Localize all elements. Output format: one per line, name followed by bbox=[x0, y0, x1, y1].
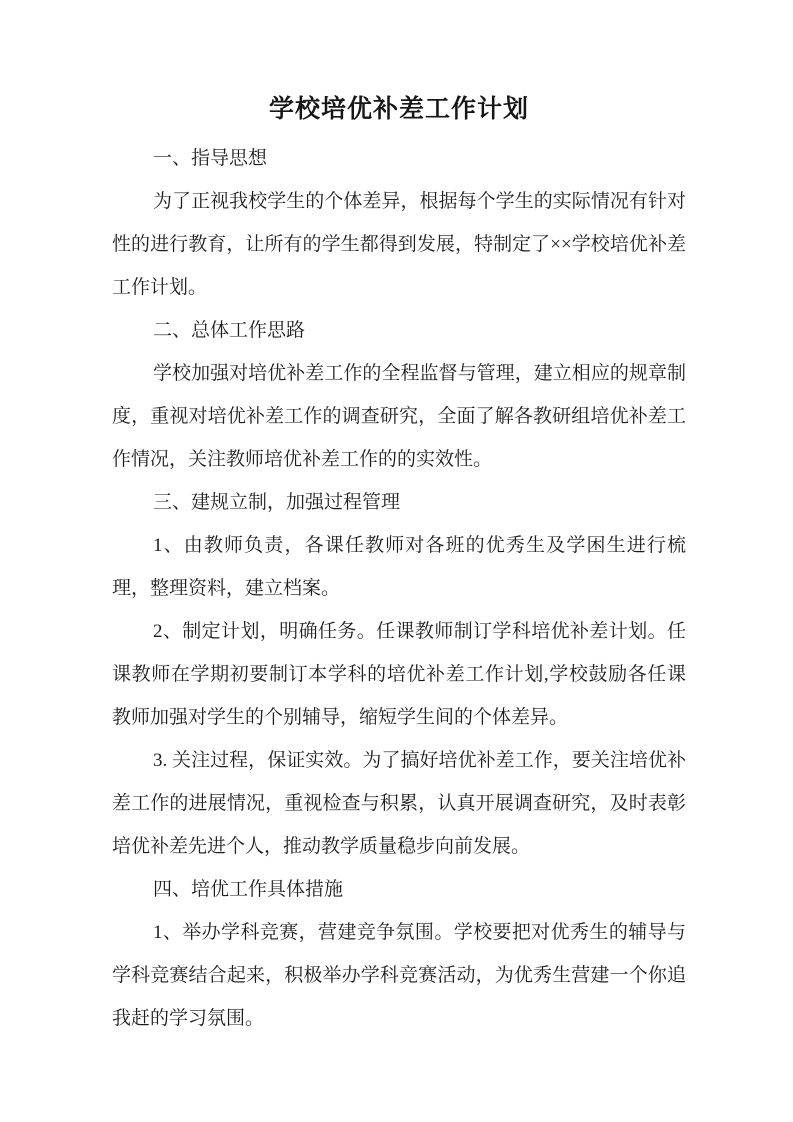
section-heading-1: 一、指导思想 bbox=[112, 137, 686, 180]
list-item-1-teacher-responsibility: 1、由教师负责，各课任教师对各班的优秀生及学困生进行梳理，整理资料，建立档案。 bbox=[112, 524, 686, 610]
section-heading-4: 四、培优工作具体措施 bbox=[112, 868, 686, 911]
list-item-1-subject-competitions: 1、举办学科竞赛，营建竞争氛围。学校要把对优秀生的辅导与学科竞赛结合起来，积极举… bbox=[112, 911, 686, 1040]
section-heading-2: 二、总体工作思路 bbox=[112, 309, 686, 352]
document-page: 学校培优补差工作计划 一、指导思想 为了正视我校学生的个体差异，根据每个学生的实… bbox=[0, 0, 793, 1122]
document-content: 学校培优补差工作计划 一、指导思想 为了正视我校学生的个体差异，根据每个学生的实… bbox=[0, 0, 793, 1122]
paragraph-guiding-ideology: 为了正视我校学生的个体差异，根据每个学生的实际情况有针对性的进行教育，让所有的学… bbox=[112, 180, 686, 309]
list-item-2-make-plans: 2、制定计划，明确任务。任课教师制订学科培优补差计划。任课教师在学期初要制订本学… bbox=[112, 610, 686, 739]
document-title: 学校培优补差工作计划 bbox=[112, 91, 686, 127]
section-heading-3: 三、建规立制，加强过程管理 bbox=[112, 481, 686, 524]
paragraph-overall-approach: 学校加强对培优补差工作的全程监督与管理，建立相应的规章制度，重视对培优补差工作的… bbox=[112, 352, 686, 481]
list-item-3-monitor-process: 3. 关注过程，保证实效。为了搞好培优补差工作，要关注培优补差工作的进展情况，重… bbox=[112, 739, 686, 868]
